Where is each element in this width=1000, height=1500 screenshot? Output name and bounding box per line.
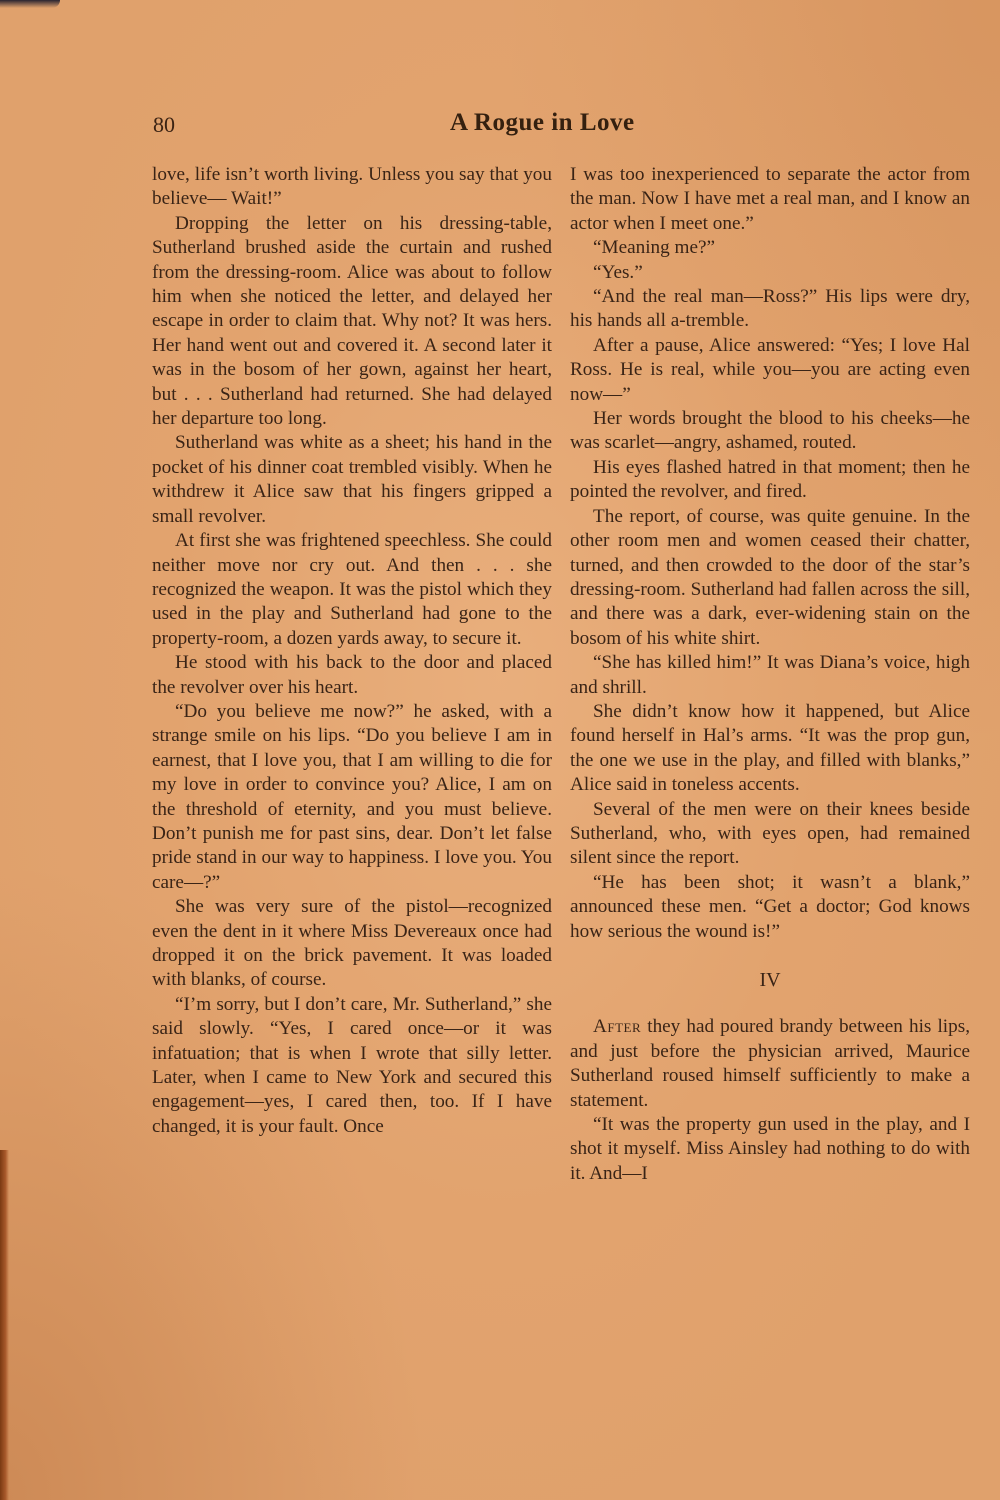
- paragraph: Her words brought the blood to his cheek…: [570, 407, 970, 456]
- paragraph: “I’m sorry, but I don’t care, Mr. Suther…: [152, 993, 552, 1139]
- section-heading: IV: [570, 968, 970, 992]
- paragraph: After a pause, Alice answered: “Yes; I l…: [570, 334, 970, 407]
- paragraph: Sutherland was white as a sheet; his han…: [152, 431, 552, 529]
- paragraph: She didn’t know how it happened, but Ali…: [570, 700, 970, 798]
- paragraph: “Yes.”: [570, 261, 970, 285]
- paragraph: His eyes flashed hatred in that moment; …: [570, 456, 970, 505]
- page-edge-shadow: [0, 0, 60, 8]
- page-header: 80 A Rogue in Love: [150, 108, 970, 148]
- running-title: A Rogue in Love: [450, 109, 635, 137]
- page-binding-edge: [0, 1150, 9, 1500]
- paragraph: The report, of course, was quite genuine…: [570, 505, 970, 651]
- paragraph: Several of the men were on their knees b…: [570, 798, 970, 871]
- paragraph: He stood with his back to the door and p…: [152, 651, 552, 700]
- right-text-column: I was too inexperienced to separate the …: [570, 163, 970, 1186]
- paragraph: “He has been shot; it wasn’t a blank,” a…: [570, 871, 970, 944]
- left-text-column: love, life isn’t worth living. Unless yo…: [152, 163, 552, 1139]
- paragraph: I was too inexperienced to separate the …: [570, 163, 970, 236]
- paragraph: She was very sure of the pistol—recogniz…: [152, 895, 552, 993]
- paragraph: “Meaning me?”: [570, 236, 970, 260]
- page-number: 80: [153, 112, 175, 138]
- paragraph: “Do you believe me now?” he asked, with …: [152, 700, 552, 895]
- section-opening-paragraph: After they had poured brandy between his…: [570, 1015, 970, 1113]
- paragraph: “And the real man—Ross?” His lips were d…: [570, 285, 970, 334]
- paragraph: At first she was frightened speechless. …: [152, 529, 552, 651]
- paragraph: “She has killed him!” It was Diana’s voi…: [570, 651, 970, 700]
- paragraph: love, life isn’t worth living. Unless yo…: [152, 163, 552, 212]
- paragraph: “It was the property gun used in the pla…: [570, 1113, 970, 1186]
- small-caps-lead-word: After: [593, 1016, 641, 1037]
- paragraph: Dropping the letter on his dressing-tabl…: [152, 212, 552, 432]
